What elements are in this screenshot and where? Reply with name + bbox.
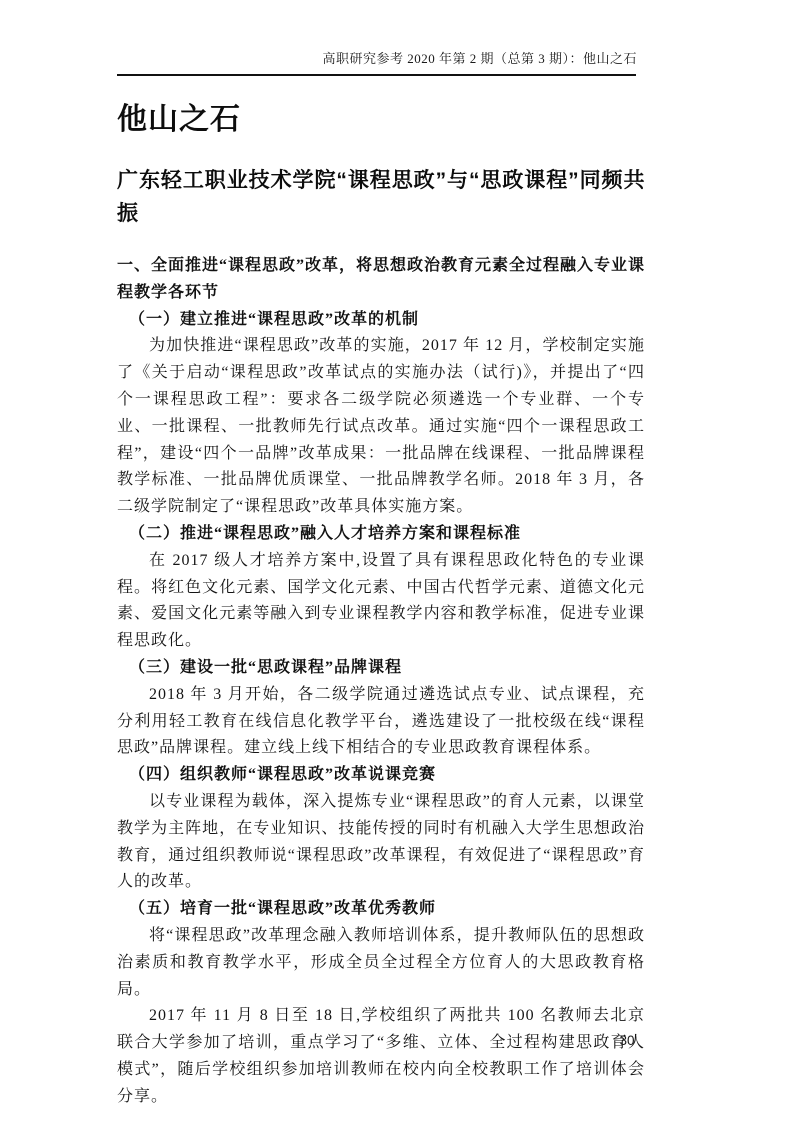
subsection-heading-2: （二）推进“课程思政”融入人才培养方案和课程标准 xyxy=(117,521,645,548)
column-title: 他山之石 xyxy=(117,100,645,140)
paragraph-3-1: 2018 年 3 月开始，各二级学院通过遴选试点专业、试点课程，充分利用轻工教育… xyxy=(117,682,645,762)
journal-issue-line: 高职研究参考 2020 年第 2 期（总第 3 期）：他山之石 xyxy=(117,51,637,67)
page-number: 30 xyxy=(612,1033,642,1048)
subsection-heading-3: （三）建设一批“思政课程”品牌课程 xyxy=(117,655,645,682)
paragraph-1-1: 为加快推进“课程思政”改革的实施，2017 年 12 月，学校制定实施了《关于启… xyxy=(117,333,645,521)
subsection-heading-5: （五）培育一批“课程思政”改革优秀教师 xyxy=(117,896,645,923)
paragraph-5-1: 将“课程思政”改革理念融入教师培训体系，提升教师队伍的思想政治素质和教育教学水平… xyxy=(117,923,645,1003)
article-title: 广东轻工职业技术学院“课程思政”与“思政课程”同频共振 xyxy=(117,164,645,230)
header-rule xyxy=(117,74,636,76)
document-page: 高职研究参考 2020 年第 2 期（总第 3 期）：他山之石 他山之石 广东轻… xyxy=(0,0,794,1123)
article-content: 他山之石 广东轻工职业技术学院“课程思政”与“思政课程”同频共振 一、全面推进“… xyxy=(117,100,645,1111)
section-heading-1: 一、全面推进“课程思政”改革，将思想政治教育元素全过程融入专业课程教学各环节 xyxy=(117,253,645,307)
subsection-heading-4: （四）组织教师“课程思政”改革说课竞赛 xyxy=(117,762,645,789)
paragraph-2-1: 在 2017 级人才培养方案中,设置了具有课程思政化特色的专业课程。将红色文化元… xyxy=(117,548,645,655)
running-header: 高职研究参考 2020 年第 2 期（总第 3 期）：他山之石 xyxy=(117,51,637,76)
subsection-heading-1: （一）建立推进“课程思政”改革的机制 xyxy=(117,307,645,334)
paragraph-4-1: 以专业课程为载体，深入提炼专业“课程思政”的育人元素，以课堂教学为主阵地，在专业… xyxy=(117,789,645,896)
paragraph-5-2: 2017 年 11 月 8 日至 18 日,学校组织了两批共 100 名教师去北… xyxy=(117,1003,645,1110)
